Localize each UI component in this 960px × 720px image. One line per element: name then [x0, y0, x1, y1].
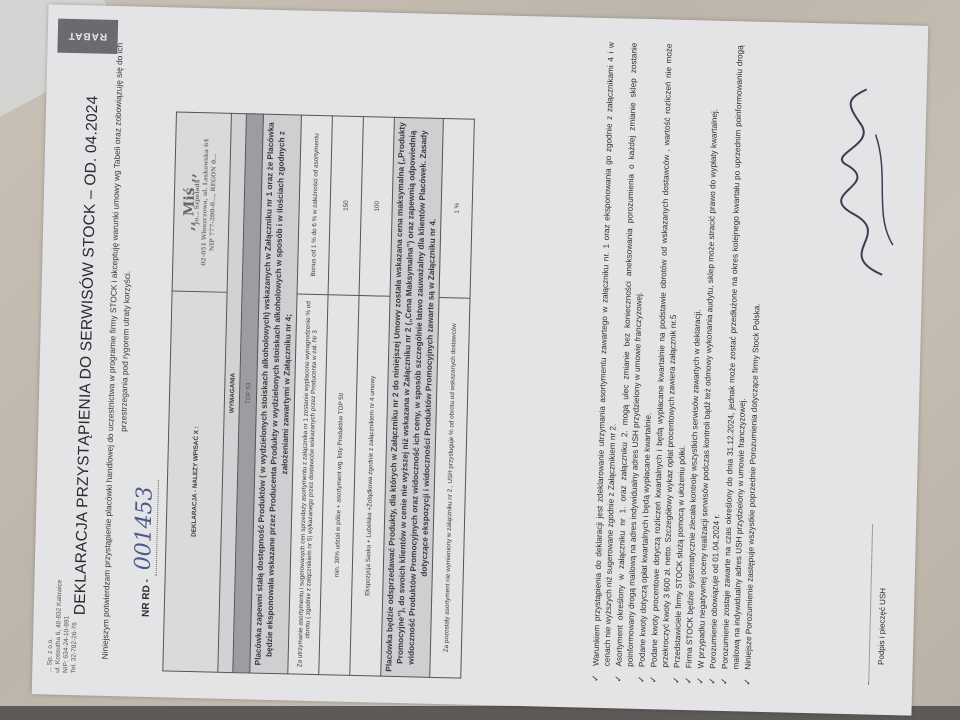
- handwritten-signature: [822, 83, 907, 285]
- check-icon: ✓: [613, 675, 624, 683]
- check-icon: ✓: [742, 678, 753, 686]
- check-icon: ✓: [683, 677, 694, 685]
- check-icon: ✓: [648, 676, 659, 684]
- declaration-cell: 1 %: [439, 119, 474, 299]
- declaration-cell: Bonus od 1 % do 6 % w zależności od asor…: [297, 115, 332, 295]
- check-icon: ✓: [719, 677, 730, 685]
- nr-rd: NR RD - 001453: [130, 480, 158, 617]
- declaration-cell: 150: [328, 116, 363, 296]
- nr-rd-value: 001453: [131, 480, 159, 577]
- check-icon: ✓: [590, 674, 601, 682]
- document-title: DEKLARACJA PRZYSTĄPIENIA DO SERWISÓW STO…: [71, 55, 104, 655]
- rabat-logo: RABAT: [57, 19, 118, 54]
- store-stamp: ,, Miś ,, Jo... Szpelada 02-051 Włoszczo…: [172, 112, 231, 292]
- logo-text: RABAT: [68, 30, 108, 42]
- declaration-document: ... Sp. z o.o. ul. Kossutha 6, 40-832 Ka…: [32, 4, 929, 715]
- nr-rd-label: NR RD -: [141, 579, 153, 617]
- signature-line: [868, 525, 873, 685]
- declaration-cell: 100: [359, 117, 394, 297]
- requirements-table: DEKLARACJA - NALEŻY WPISAĆ X : ,, Miś ,,…: [162, 111, 475, 678]
- check-icon: ✓: [671, 676, 682, 684]
- check-icon: ✓: [695, 677, 706, 685]
- conditions-list: ✓Warunkiem przystąpienia do deklaracji j…: [590, 42, 770, 686]
- signature-label: Podpis i pieczęć USH: [877, 588, 888, 665]
- check-icon: ✓: [707, 677, 718, 685]
- declaration-header: DEKLARACJA - NALEŻY WPISAĆ X :: [163, 291, 227, 672]
- check-icon: ✓: [636, 675, 647, 683]
